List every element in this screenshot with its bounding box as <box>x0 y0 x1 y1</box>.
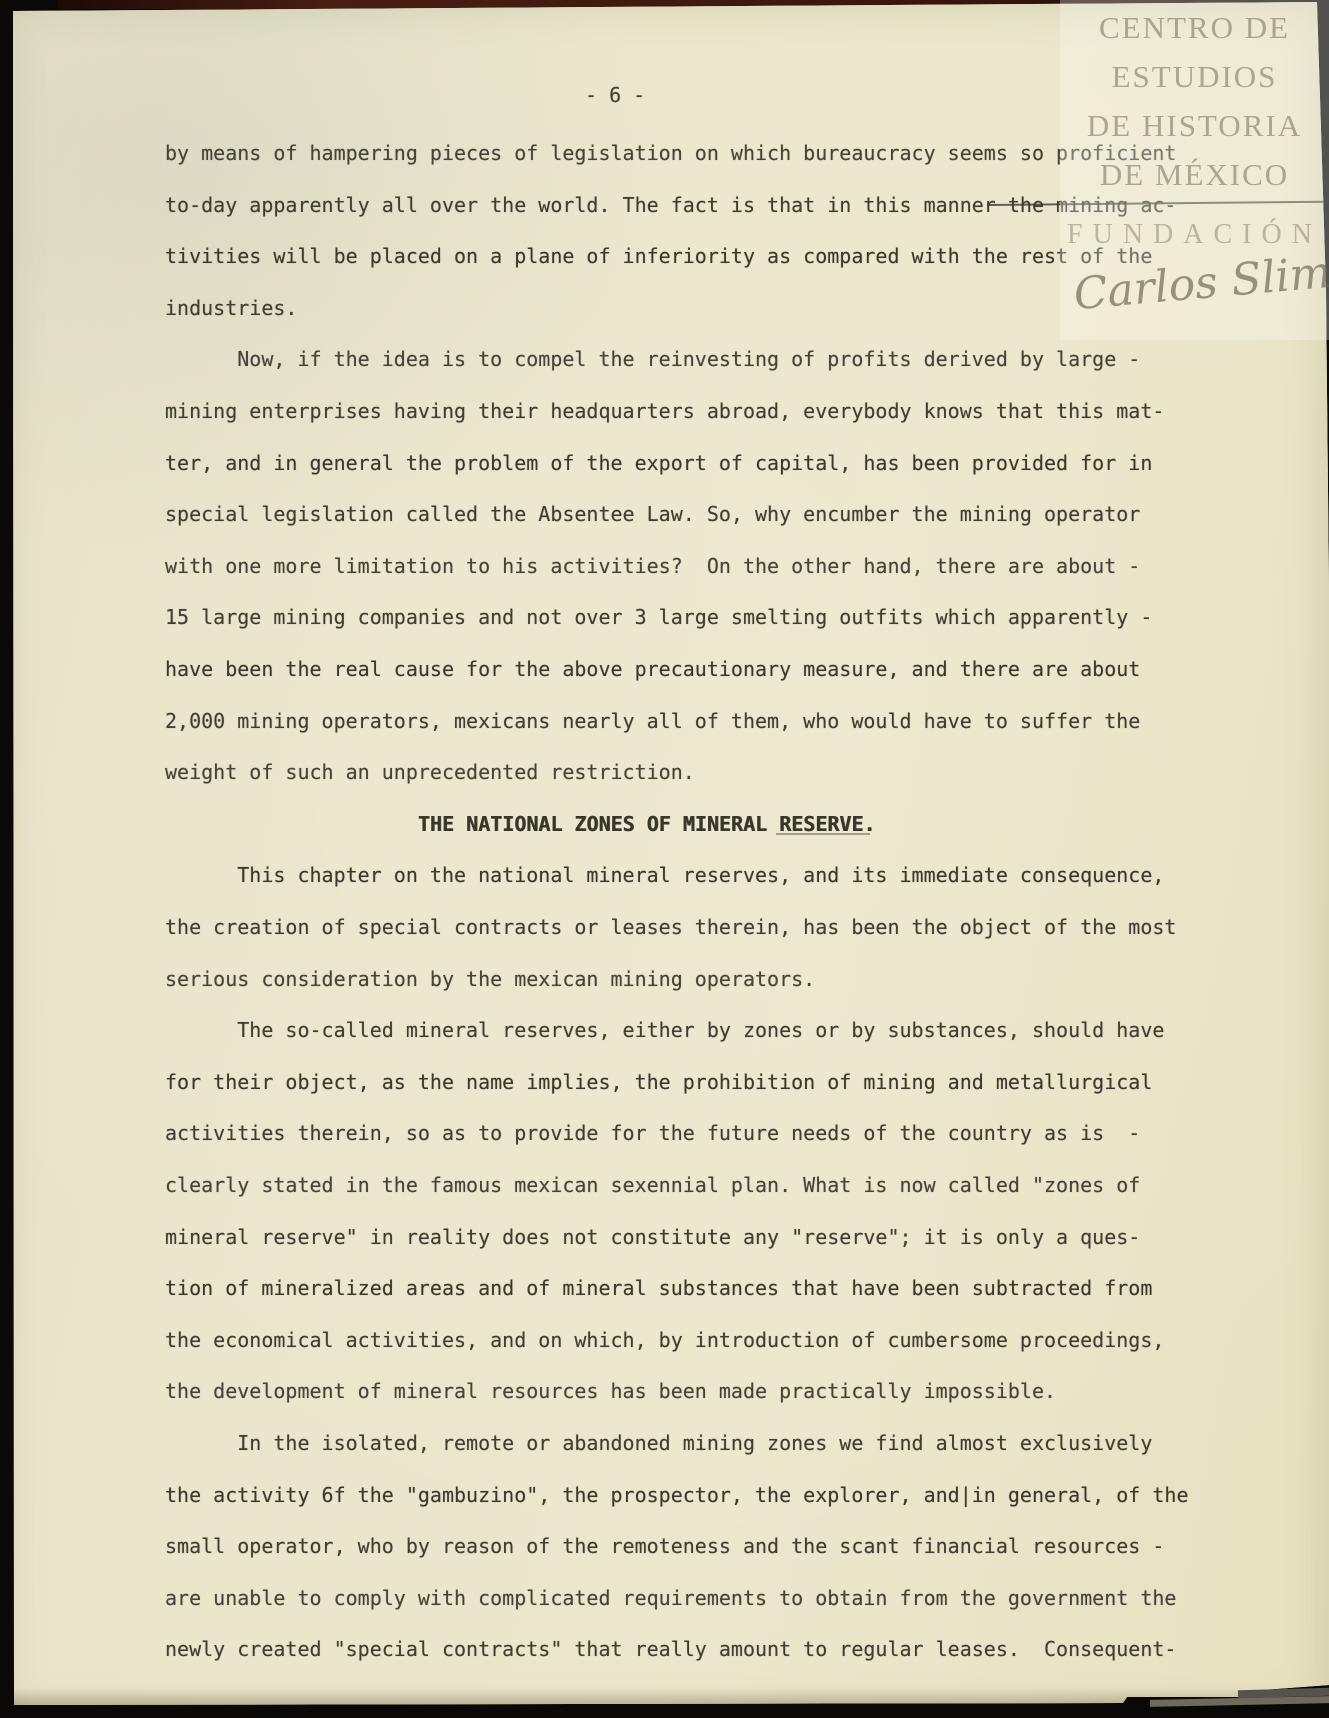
typed-line: tion of mineralized areas and of mineral… <box>165 1276 1152 1300</box>
typed-line: Now, if the idea is to compel the reinve… <box>165 347 1140 371</box>
typed-line: have been the real cause for the above p… <box>165 657 1140 681</box>
section-heading: THE NATIONAL ZONES OF MINERAL RESERVE. <box>165 812 875 836</box>
typed-line: small operator, who by reason of the rem… <box>165 1534 1164 1558</box>
typed-line: the development of mineral resources has… <box>165 1379 1056 1403</box>
watermark-text-line: ESTUDIOS <box>1060 59 1329 95</box>
heading-underline <box>776 833 870 835</box>
typed-line: In the isolated, remote or abandoned min… <box>165 1431 1152 1455</box>
typed-line: the activity 6f the "gambuzino", the pro… <box>165 1483 1189 1507</box>
typed-line: the economical activities, and on which,… <box>165 1328 1164 1352</box>
typed-line: This chapter on the national mineral res… <box>165 863 1164 887</box>
archive-watermark-stamp: CENTRO DE ESTUDIOS DE HISTORIA DE MÉXICO… <box>1060 0 1329 340</box>
paper-bottom-shadow <box>14 1688 1329 1705</box>
typed-line: activities therein, so as to provide for… <box>165 1121 1140 1145</box>
typed-line: newly created "special contracts" that r… <box>165 1637 1176 1661</box>
typed-line: mining enterprises having their headquar… <box>165 399 1164 423</box>
typed-line: weight of such an unprecedented restrict… <box>165 760 695 784</box>
typed-line: mineral reserve" in reality does not con… <box>165 1225 1140 1249</box>
typed-line: for their object, as the name implies, t… <box>165 1070 1152 1094</box>
typed-line: are unable to comply with complicated re… <box>165 1586 1176 1610</box>
typed-line: clearly stated in the famous mexican sex… <box>165 1173 1140 1197</box>
typed-line: 15 large mining companies and not over 3… <box>165 605 1152 629</box>
watermark-text-line: CENTRO DE <box>1060 10 1329 46</box>
typed-line: serious consideration by the mexican min… <box>165 967 815 991</box>
carlos-slim-signature: Carlos Slim <box>1066 246 1329 320</box>
typed-line: special legislation called the Absentee … <box>165 502 1140 526</box>
typed-line: the creation of special contracts or lea… <box>165 915 1176 939</box>
scanned-document-page: - 6 - by means of hampering pieces of le… <box>0 0 1329 1718</box>
watermark-text-line: FUNDACIÓN <box>1060 219 1329 251</box>
typed-line: industries. <box>165 296 297 320</box>
typed-line: by means of hampering pieces of legislat… <box>165 141 1176 165</box>
typed-line: tivities will be placed on a plane of in… <box>165 244 1152 268</box>
watermark-text-line: DE MÉXICO <box>1060 157 1329 193</box>
typed-line: with one more limitation to his activiti… <box>165 554 1140 578</box>
watermark-text-line: DE HISTORIA <box>1060 108 1329 144</box>
typed-line: The so-called mineral reserves, either b… <box>165 1018 1164 1042</box>
typed-line: 2,000 mining operators, mexicans nearly … <box>165 709 1140 733</box>
typed-line: ter, and in general the problem of the e… <box>165 451 1152 475</box>
